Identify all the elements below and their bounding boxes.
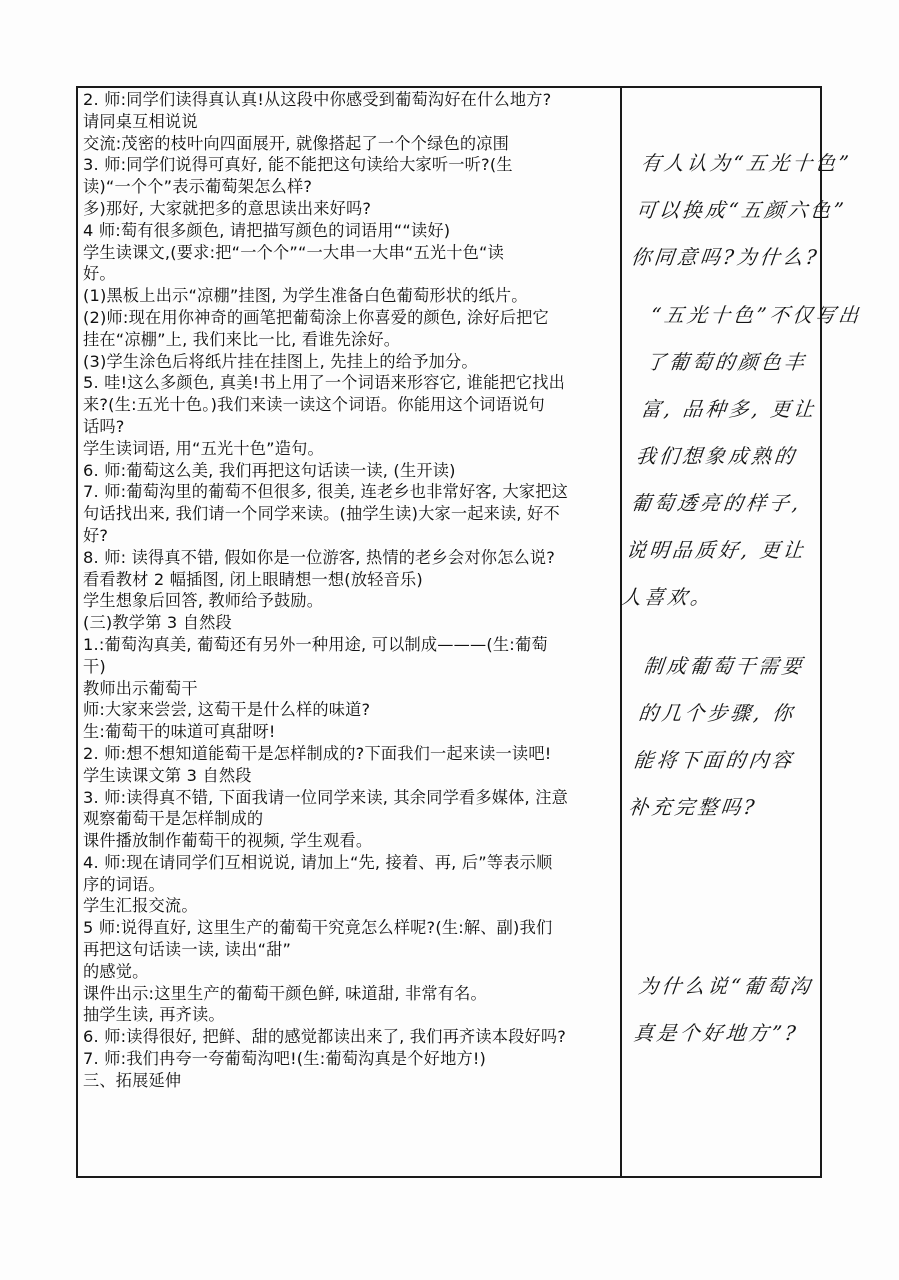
text-line: 挂在“凉棚”上, 我们来比一比, 看谁先涂好。	[83, 329, 616, 351]
note-line: 你同意吗?为什么?	[629, 234, 824, 281]
text-line: 话吗?	[83, 416, 616, 438]
text-line: 3. 师:同学们说得可真好, 能不能把这句读给大家听一听?(生	[83, 154, 616, 176]
text-line: 4 师:萄有很多颜色, 请把描写颜色的词语用““读好)	[83, 220, 616, 242]
text-line: 2. 师:同学们读得真认真!从这段中你感受到葡萄沟好在什么地方?	[83, 89, 616, 111]
text-line: 好。	[83, 263, 616, 285]
note-line: 制成葡萄干需要	[641, 643, 836, 690]
note-line: 说明品质好, 更让	[624, 527, 819, 574]
text-line: 5 师:说得直好, 这里生产的葡萄干究竟怎么样呢?(生:解、副)我们	[83, 917, 616, 939]
text-line: 课件出示:这里生产的葡萄干颜色鲜, 味道甜, 非常有名。	[83, 983, 616, 1005]
text-line: 干)	[83, 656, 616, 678]
text-line: 7. 师:我们冉夸一夸葡萄沟吧!(生:葡萄沟真是个好地方!)	[83, 1048, 616, 1070]
text-line: 6. 师:葡萄这么美, 我们再把这句话读一读, (生开读)	[83, 460, 616, 482]
text-line: 再把这句话读一读, 读出“甜”	[83, 939, 616, 961]
text-line: 生:葡萄干的味道可真甜呀!	[83, 721, 616, 743]
text-line: (2)师:现在用你神奇的画笔把葡萄涂上你喜爱的颜色, 涂好后把它	[83, 307, 616, 329]
text-line: 5. 哇!这么多颜色, 真美!书上用了一个词语来形容它, 谁能把它找出	[83, 372, 616, 394]
note-line: 富, 品种多, 更让	[638, 386, 833, 433]
text-line: 1.:葡萄沟真美, 葡萄还有另外一种用途, 可以制成———(生:葡萄	[83, 634, 616, 656]
text-line: 交流:茂密的枝叶向四面展开, 就像搭起了一个个绿色的凉围	[83, 133, 616, 155]
note-line: 的几个步骤, 你	[636, 690, 831, 737]
text-line: (3)学生涂色后将纸片挂在挂图上, 先挂上的给予加分。	[83, 351, 616, 373]
teaching-process-column: 2. 师:同学们读得真认真!从这段中你感受到葡萄沟好在什么地方?请同桌互相说说交…	[78, 88, 622, 1176]
handwritten-note-good-place: 为什么说“葡萄沟 真是个好地方”?	[631, 963, 831, 1057]
text-line: 观察葡萄干是怎样制成的	[83, 808, 616, 830]
text-line: 请同桌互相说说	[83, 111, 616, 133]
text-line: 好?	[83, 525, 616, 547]
handwritten-note-raisin-steps: 制成葡萄干需要 的几个步骤, 你 能将下面的内容 补充完整吗?	[626, 643, 836, 831]
note-line: 我们想象成熟的	[634, 433, 829, 480]
text-line: 学生读课文第 3 自然段	[83, 765, 616, 787]
lesson-plan-table: 2. 师:同学们读得真认真!从这段中你感受到葡萄沟好在什么地方?请同桌互相说说交…	[76, 86, 822, 1178]
text-line: 看看教材 2 幅插图, 闭上眼睛想一想(放轻音乐)	[83, 569, 616, 591]
text-line: 三、拓展延伸	[83, 1070, 616, 1092]
note-line: 能将下面的内容	[631, 737, 826, 784]
text-line: 4. 师:现在请同学们互相说说, 请加上“先, 接着、再, 后”等表示顺	[83, 852, 616, 874]
note-line: 葡萄透亮的样子,	[629, 480, 824, 527]
note-line: 了葡萄的颜色丰	[643, 339, 838, 386]
text-line: 师:大家来尝尝, 这萄干是什么样的味道?	[83, 699, 616, 721]
note-line: 为什么说“葡萄沟	[636, 963, 831, 1010]
text-line: 6. 师:读得很好, 把鲜、甜的感觉都读出来了, 我们再齐读本段好吗?	[83, 1026, 616, 1048]
text-line: 学生汇报交流。	[83, 895, 616, 917]
text-line: (1)黑板上出示“凉棚”挂图, 为学生准备白色葡萄形状的纸片。	[83, 285, 616, 307]
text-line: 学生想象后回答, 教师给予鼓励。	[83, 590, 616, 612]
text-line: 读)“一个个”表示葡萄架怎么样?	[83, 176, 616, 198]
note-line: “五光十色”不仅写出	[648, 292, 843, 339]
handwritten-note-answer: “五光十色”不仅写出 了葡萄的颜色丰 富, 品种多, 更让 我们想象成熟的 葡萄…	[619, 292, 844, 621]
text-line: 抽学生读, 再齐读。	[83, 1004, 616, 1026]
text-line: 2. 师:想不想知道能萄干是怎样制成的?下面我们一起来读一读吧!	[83, 743, 616, 765]
note-line: 人喜欢。	[619, 574, 814, 621]
text-line: 学生读课文,(要求:把“一个个”“一大串一大串“五光十色“读	[83, 242, 616, 264]
note-line: 真是个好地方”?	[631, 1010, 826, 1057]
scanned-page: 2. 师:同学们读得真认真!从这段中你感受到葡萄沟好在什么地方?请同桌互相说说交…	[0, 0, 899, 1280]
text-line: 课件播放制作葡萄干的视频, 学生观看。	[83, 830, 616, 852]
text-line: (三)教学第 3 自然段	[83, 612, 616, 634]
note-line: 可以换成“五颜六色”	[634, 187, 829, 234]
text-line: 8. 师: 读得真不错, 假如你是一位游客, 热情的老乡会对你怎么说?	[83, 547, 616, 569]
note-line: 有人认为“五光十色”	[638, 140, 833, 187]
text-line: 3. 师:读得真不错, 下面我请一位同学来读, 其余同学看多媒体, 注意	[83, 787, 616, 809]
note-line: 补充完整吗?	[626, 784, 821, 831]
handwritten-note-question-wuguangshise: 有人认为“五光十色” 可以换成“五颜六色” 你同意吗?为什么?	[629, 140, 834, 281]
text-line: 的感觉。	[83, 961, 616, 983]
text-line: 序的词语。	[83, 874, 616, 896]
text-line: 多)那好, 大家就把多的意思读出来好吗?	[83, 198, 616, 220]
annotation-column: 有人认为“五光十色” 可以换成“五颜六色” 你同意吗?为什么? “五光十色”不仅…	[622, 88, 820, 1176]
text-line: 句话找出来, 我们请一个同学来读。(抽学生读)大家一起来读, 好不	[83, 503, 616, 525]
text-line: 来?(生:五光十色。)我们来读一读这个词语。你能用这个词语说句	[83, 394, 616, 416]
text-line: 7. 师:葡萄沟里的葡萄不但很多, 很美, 连老乡也非常好客, 大家把这	[83, 481, 616, 503]
text-line: 学生读词语, 用“五光十色”造句。	[83, 438, 616, 460]
text-line: 教师出示葡萄干	[83, 678, 616, 700]
